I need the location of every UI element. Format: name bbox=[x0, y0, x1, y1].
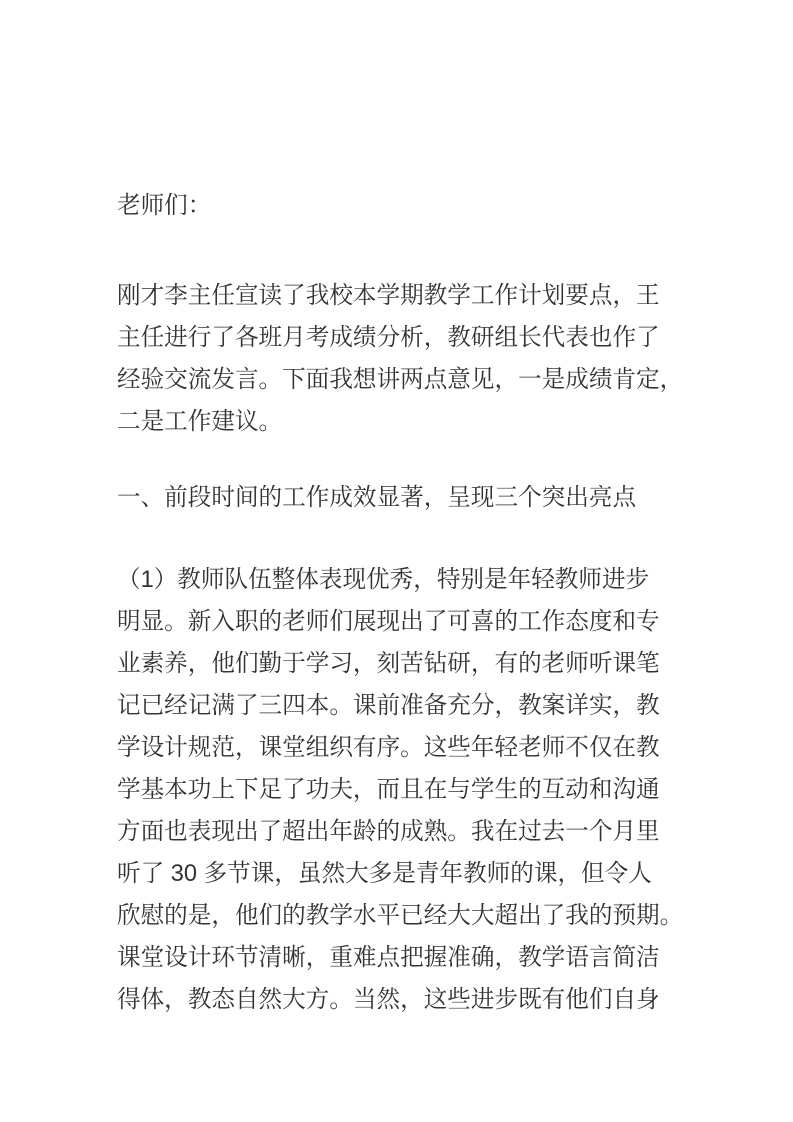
paragraph-2-line-7: 方面也表现出了超出年龄的成熟。我在过去一个月里 bbox=[117, 811, 693, 853]
paragraph-2-line-9: 欣慰的是，他们的教学水平已经大大超出了我的预期。 bbox=[117, 895, 693, 937]
paragraph-1-line-1: 刚才李主任宣读了我校本学期教学工作计划要点，王 bbox=[117, 275, 693, 317]
paragraph-2: （1）教师队伍整体表现优秀，特别是年轻教师进步 明显。新入职的老师们展现出了可喜… bbox=[117, 559, 693, 1021]
paragraph-2-line-2: 明显。新入职的老师们展现出了可喜的工作态度和专 bbox=[117, 601, 693, 643]
paragraph-2-line-8: 听了 30 多节课，虽然大多是青年教师的课，但令人 bbox=[117, 853, 693, 895]
salutation-block: 老师们： bbox=[117, 185, 693, 227]
paragraph-1-line-2: 主任进行了各班月考成绩分析，教研组长代表也作了 bbox=[117, 317, 693, 359]
paragraph-1-line-4: 二是工作建议。 bbox=[117, 401, 693, 443]
paragraph-1-line-3: 经验交流发言。下面我想讲两点意见，一是成绩肯定， bbox=[117, 359, 693, 401]
paragraph-2-line-10: 课堂设计环节清晰，重难点把握准确，教学语言简洁 bbox=[117, 937, 693, 979]
paragraph-2-line-1: （1）教师队伍整体表现优秀，特别是年轻教师进步 bbox=[117, 559, 693, 601]
paragraph-1: 刚才李主任宣读了我校本学期教学工作计划要点，王 主任进行了各班月考成绩分析，教研… bbox=[117, 275, 693, 443]
paragraph-2-line-5: 学设计规范，课堂组织有序。这些年轻老师不仅在教 bbox=[117, 727, 693, 769]
section-heading-1: 一、前段时间的工作成效显著，呈现三个突出亮点 bbox=[117, 477, 693, 519]
salutation-line: 老师们： bbox=[117, 185, 693, 227]
section-heading-1-block: 一、前段时间的工作成效显著，呈现三个突出亮点 bbox=[117, 477, 693, 519]
document-page: 老师们： 刚才李主任宣读了我校本学期教学工作计划要点，王 主任进行了各班月考成绩… bbox=[0, 0, 793, 1122]
paragraph-2-line-11: 得体，教态自然大方。当然，这些进步既有他们自身 bbox=[117, 979, 693, 1021]
paragraph-2-line-4: 记已经记满了三四本。课前准备充分，教案详实，教 bbox=[117, 685, 693, 727]
paragraph-2-line-6: 学基本功上下足了功夫，而且在与学生的互动和沟通 bbox=[117, 769, 693, 811]
paragraph-2-line-3: 业素养，他们勤于学习，刻苦钻研，有的老师听课笔 bbox=[117, 643, 693, 685]
